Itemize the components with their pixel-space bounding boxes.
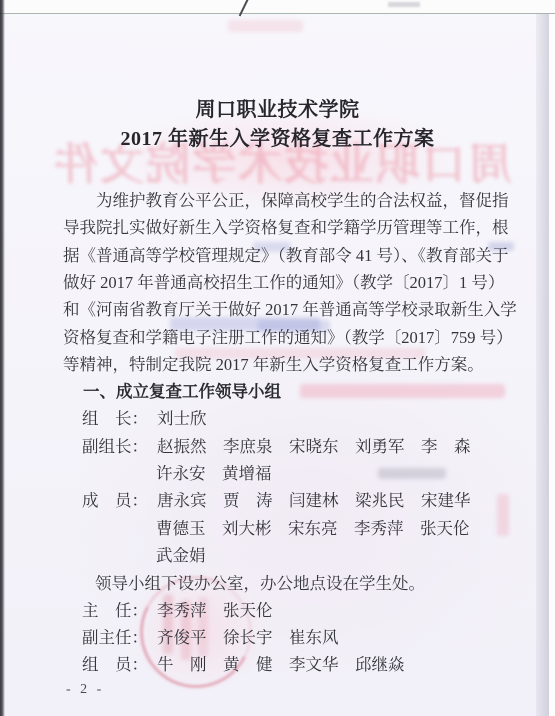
roster-members-line: 成 员：唐永宾 贾 涛 闫建林 梁兆民 宋建华 [82, 490, 471, 511]
body-line-4: 做好 2017 年普通高校招生工作的通知》（教学〔2017〕1 号） [63, 272, 504, 293]
roster-director-names: 李秀萍 张天伦 [157, 601, 273, 620]
roster-members-names-1: 唐永宾 贾 涛 闫建林 梁兆民 宋建华 [157, 491, 471, 510]
document-title: 周口职业技术学院 [0, 100, 555, 121]
roster-members-names-3: 武金娟 [156, 545, 206, 566]
body-line-1: 为维护教育公平公正，保障高校学生的合法权益，督促指 [96, 190, 509, 211]
page-number: - 2 - [66, 679, 104, 700]
roster-deputy-director-names: 齐俊平 徐长宇 崔东风 [157, 628, 339, 647]
scanner-right-margin [549, 13, 555, 716]
scanned-document-viewer: 周口职业技术学院文件 周口职业技术学院 2017 年新生入学资格复查工作方案 为… [0, 0, 555, 716]
roster-deputy-names-1: 赵振然 李庶泉 宋晓东 刘勇军 李 森 [157, 437, 471, 456]
document-subtitle: 2017 年新生入学资格复查工作方案 [0, 129, 555, 150]
ink-smudge [300, 384, 505, 398]
roster-director-label: 主 任： [82, 601, 148, 620]
scan-left-edge [0, 0, 5, 716]
roster-members-names-2: 曹德玉 刘大彬 宋东亮 李秀萍 张天伦 [156, 518, 470, 539]
roster-deputy-director-label: 副主任： [82, 628, 148, 647]
scanner-smudge [388, 2, 420, 7]
roster-staff-label: 组 员： [82, 655, 148, 674]
body-line-2: 导我院扎实做好新生入学资格复查和学籍学历管理等工作，根 [63, 217, 509, 238]
body-line-3: 据《普通高等学校管理规定》（教育部令 41 号）、《教育部关于 [63, 245, 509, 266]
roster-deputy-line: 副组长：赵振然 李庶泉 宋晓东 刘勇军 李 森 [82, 436, 471, 457]
section-heading: 一、成立复查工作领导小组 [83, 381, 281, 402]
roster-deputy-director-line: 副主任：齐俊平 徐长宇 崔东风 [82, 627, 339, 648]
office-note: 领导小组下设办公室，办公地点设在学生处。 [95, 573, 425, 594]
ink-smudge [497, 494, 509, 536]
body-line-7: 等精神，特制定我院 2017 年新生入学资格复查工作方案。 [63, 354, 484, 375]
roster-director-line: 主 任：李秀萍 张天伦 [82, 600, 273, 621]
roster-leader-names: 刘士欣 [157, 409, 207, 428]
roster-members-label: 成 员： [82, 491, 148, 510]
roster-leader-label: 组 长： [82, 409, 148, 428]
roster-deputy-label: 副组长： [82, 437, 148, 456]
roster-leader-line: 组 长：刘士欣 [82, 408, 207, 429]
body-line-5: 和《河南省教育厅关于做好 2017 年普通高等学校录取新生入学 [63, 299, 517, 320]
roster-deputy-names-2: 许永安 黄增福 [156, 463, 272, 484]
roster-staff-names: 牛 刚 黄 健 李文华 邱继焱 [157, 655, 405, 674]
roster-staff-line: 组 员：牛 刚 黄 健 李文华 邱继焱 [82, 654, 405, 675]
ink-smudge [228, 20, 303, 32]
document-page: 周口职业技术学院文件 周口职业技术学院 2017 年新生入学资格复查工作方案 为… [0, 0, 555, 716]
body-line-6: 资格复查和学籍电子注册工作的通知》（教学〔2017〕759 号） [63, 327, 513, 348]
scanner-top-edge [0, 0, 555, 14]
page-right-edge-shadow [536, 13, 549, 716]
ink-smudge [378, 468, 446, 479]
